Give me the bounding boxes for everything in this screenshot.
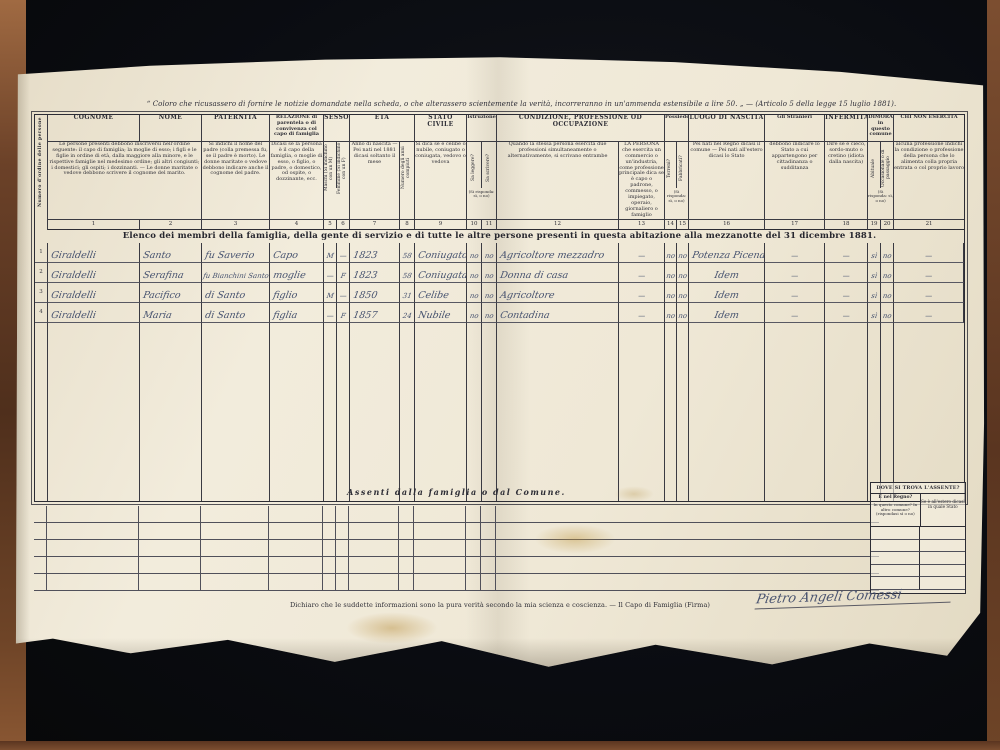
cell-femmine: — xyxy=(337,243,350,263)
cell-anno: 1857 xyxy=(350,303,400,323)
cell-cognome: Giraldelli xyxy=(48,303,140,323)
cell-luogo: Idem xyxy=(689,263,765,283)
cell-cognome: Giraldelli xyxy=(48,243,140,263)
assenti-empty-row xyxy=(34,540,879,557)
colnum: 19 xyxy=(868,220,881,230)
cell-la-persona: — xyxy=(619,303,665,323)
cell-maschi: M xyxy=(324,283,337,303)
colnum: 17 xyxy=(765,220,825,230)
cell-terreni: no xyxy=(665,263,677,283)
cell-professione: Agricoltore xyxy=(497,283,619,303)
cell-femmine: F xyxy=(337,303,350,323)
cell-stranieri: — xyxy=(765,243,825,263)
col-header-sesso: SESSO xyxy=(324,115,350,142)
desc-luogo-nascita: Pei nati nel Regno dicasi il comune — Pe… xyxy=(689,142,765,220)
desc-anni-compiuti: Numero degli anni compiuti xyxy=(400,142,415,220)
col-header-infermita: INFERMITÀ xyxy=(825,115,868,142)
colnum: 10 xyxy=(467,220,482,230)
cell-infermita: — xyxy=(825,303,868,323)
cell-la-persona: — xyxy=(619,283,665,303)
list-subtitle-row: Elenco dei membri della famiglia, della … xyxy=(35,230,964,243)
desc-chi-non-esercita: alcuna professione indichi la condizione… xyxy=(894,142,964,220)
col-header-chi-non-esercita: CHI NON ESERCITA xyxy=(894,115,964,142)
table-row: 2 Giraldelli Serafina fu Bianchini Santo… xyxy=(35,263,964,283)
desc-maschi: Maschi (Si indichino con un M) xyxy=(325,142,335,194)
colnum: 9 xyxy=(415,220,467,230)
cell-stato: Coniugata xyxy=(415,263,467,283)
col-header-paternita: PATERNITÀ xyxy=(202,115,270,142)
cell-dimora-abituale: sì xyxy=(868,263,881,283)
side-label: Numero d'ordine delle persone xyxy=(38,117,43,207)
cell-scrive: no xyxy=(482,263,497,283)
dove-empty-row xyxy=(871,527,965,540)
col-header-condizione: CONDIZIONE, PROFESSIONE OD OCCUPAZIONE xyxy=(497,115,665,142)
dove-si-trova-box: DOVE SI TROVA L'ASSENTE? È nel Regno? In… xyxy=(870,482,966,594)
colnum: 14 xyxy=(665,220,677,230)
cell-terreni: no xyxy=(665,303,677,323)
cell-stato: Nubile xyxy=(415,303,467,323)
cell-scrive: no xyxy=(482,283,497,303)
assenti-grid xyxy=(34,506,879,591)
colnum: 5 xyxy=(324,220,337,230)
desc-la-persona-13: LA PERSONA che esercita un commercio o u… xyxy=(619,142,665,220)
row-number: 4 xyxy=(35,303,48,323)
colnum: 4 xyxy=(270,220,324,230)
cell-la-persona: — xyxy=(619,263,665,283)
cell-dimora-occasionale: no xyxy=(881,283,894,303)
table-row: 1 Giraldelli Santo fu Saverio Capo M — 1… xyxy=(35,243,964,263)
assenti-empty-row xyxy=(34,506,879,523)
cell-luogo: Idem xyxy=(689,303,765,323)
desc-istruzione: Sa leggere? Sa scrivere? (Si risponda: s… xyxy=(467,142,497,220)
empty-rows-area xyxy=(35,323,964,501)
assenti-empty-row xyxy=(34,574,879,591)
colnum: 6 xyxy=(337,220,350,230)
assenti-empty-row xyxy=(34,557,879,574)
cell-legge: no xyxy=(467,283,482,303)
cell-relazione: figlio xyxy=(270,283,324,303)
col-header-nome: NOME xyxy=(140,115,202,142)
dove-estero-col: Se è all'estero dicasi in quale Stato xyxy=(921,494,965,526)
assenti-section-title: Assenti dalla famiglia o dal Comune. xyxy=(34,487,879,497)
col-header-stranieri: Gli Stranieri xyxy=(765,115,825,142)
desc-fabbricati: Fabbricati? xyxy=(680,142,685,194)
row-number: 1 xyxy=(35,243,48,263)
col-header-relazione: RELAZIONE di parentela o di convivenza c… xyxy=(270,115,324,142)
paper-curl-shadow xyxy=(14,638,986,668)
cell-la-persona: — xyxy=(619,243,665,263)
cell-luogo: Potenza Picena xyxy=(689,243,765,263)
dove-empty-row xyxy=(871,565,965,578)
paper-stain xyxy=(534,524,616,554)
cell-stranieri: — xyxy=(765,283,825,303)
colnum: 16 xyxy=(689,220,765,230)
cell-maschi: M xyxy=(324,243,337,263)
cell-dimora-occasionale: no xyxy=(881,243,894,263)
desc-paternita: Si indichi il nome del padre (colla prem… xyxy=(202,142,270,220)
paper-stain xyxy=(614,486,654,502)
cell-cognome: Giraldelli xyxy=(48,263,140,283)
colnum: 1 xyxy=(48,220,140,230)
row-number: 2 xyxy=(35,263,48,283)
cell-professione: Donna di casa xyxy=(497,263,619,283)
cell-stranieri: — xyxy=(765,263,825,283)
photo-background: { "colors": {"background":"#0a0c11","woo… xyxy=(0,0,1000,750)
dove-box-header: È nel Regno? In questo comune? In altro … xyxy=(871,494,965,527)
cell-professione: Contadina xyxy=(497,303,619,323)
cell-scrive: no xyxy=(482,303,497,323)
colnum: 18 xyxy=(825,220,868,230)
cell-nome: Santo xyxy=(140,243,202,263)
cell-relazione: figlia xyxy=(270,303,324,323)
desc-sa-leggere: Sa leggere? xyxy=(472,142,477,194)
header-title-row: Numero d'ordine delle persone COGNOME NO… xyxy=(35,115,964,142)
cell-anno: 1850 xyxy=(350,283,400,303)
col-header-possiede: Possiede xyxy=(665,115,689,142)
col-header-stato-civile: STATO CIVILE xyxy=(415,115,467,142)
census-sheet: “ Coloro che ricusassero di fornire le n… xyxy=(14,56,986,668)
colnum: 8 xyxy=(400,220,415,230)
cell-nome: Maria xyxy=(140,303,202,323)
cell-anno: 1823 xyxy=(350,243,400,263)
cell-infermita: — xyxy=(825,263,868,283)
desc-abituale: Abituale xyxy=(872,142,877,194)
cell-stato: Coniugato xyxy=(415,243,467,263)
header-desc-row: Le persone presenti debbono inscriversi … xyxy=(35,142,964,220)
cell-anni: 31 xyxy=(400,283,415,303)
dove-empty-row xyxy=(871,552,965,565)
cell-paternita: di Santo xyxy=(202,283,270,303)
cell-anno: 1823 xyxy=(350,263,400,283)
desc-sesso: Maschi (Si indichino con un M) Femmine (… xyxy=(324,142,350,220)
cell-chi: — xyxy=(894,243,964,263)
cell-paternita: fu Saverio xyxy=(202,243,270,263)
cell-infermita: — xyxy=(825,283,868,303)
cell-dimora-abituale: sì xyxy=(868,243,881,263)
cell-relazione: moglie xyxy=(270,263,324,283)
colnum: 15 xyxy=(677,220,689,230)
desc-dimora: Abituale Occasionale o di passaggio (Si … xyxy=(868,142,894,220)
col-header-luogo-nascita: LUOGO DI NASCITA xyxy=(689,115,765,142)
desc-anno-nascita: Anno di nascita — Pei nati nel 1881 dica… xyxy=(350,142,400,220)
cell-paternita: fu Bianchini Santo xyxy=(202,263,270,283)
cell-anni: 58 xyxy=(400,263,415,283)
cell-chi: — xyxy=(894,263,964,283)
cell-dimora-abituale: sì xyxy=(868,283,881,303)
cell-dimora-occasionale: no xyxy=(881,303,894,323)
cell-scrive: no xyxy=(482,243,497,263)
desc-stato-civile: Si dica se è celibe o nubile, coniugato … xyxy=(415,142,467,220)
cell-terreni: no xyxy=(665,243,677,263)
cell-fabbricati: no xyxy=(677,263,689,283)
colnum: 20 xyxy=(881,220,894,230)
col-header-dimora: DIMORA in questo comune xyxy=(868,115,894,142)
colnum: 2 xyxy=(140,220,202,230)
census-table-wrap: Numero d'ordine delle persone COGNOME NO… xyxy=(34,114,965,502)
dove-box-title: DOVE SI TROVA L'ASSENTE? xyxy=(871,483,965,494)
cell-dimora-abituale: sì xyxy=(868,303,881,323)
cell-legge: no xyxy=(467,243,482,263)
cell-luogo: Idem xyxy=(689,283,765,303)
desc-condizione-12: Quando la stessa persona esercita due pr… xyxy=(497,142,619,220)
desc-possiede: Terreni? Fabbricati? (Si risponda: sì, o… xyxy=(665,142,689,220)
assenti-empty-row xyxy=(34,523,879,540)
cell-infermita: — xyxy=(825,243,868,263)
penalty-note: “ Coloro che ricusassero di fornire le n… xyxy=(109,100,934,108)
table-row: 3 Giraldelli Pacifico di Santo figlio M … xyxy=(35,283,964,303)
col-header-eta: ETÀ xyxy=(350,115,415,142)
col-header-cognome: COGNOME xyxy=(48,115,140,142)
desc-femmine: Femmine (Si indichino con un F) xyxy=(338,142,348,194)
cell-chi: — xyxy=(894,283,964,303)
cell-terreni: no xyxy=(665,283,677,303)
colnum: 3 xyxy=(202,220,270,230)
cell-anni: 24 xyxy=(400,303,415,323)
cell-fabbricati: no xyxy=(677,243,689,263)
dove-empty-row xyxy=(871,540,965,553)
cell-fabbricati: no xyxy=(677,303,689,323)
header-number-row: 1 2 3 4 5 6 7 8 9 10 11 12 13 14 15 16 1… xyxy=(35,220,964,230)
cell-nome: Serafina xyxy=(140,263,202,283)
desc-cognome: Le persone presenti debbono inscriversi … xyxy=(48,142,202,220)
cell-cognome: Giraldelli xyxy=(48,283,140,303)
cell-nome: Pacifico xyxy=(140,283,202,303)
cell-maschi: — xyxy=(324,303,337,323)
colnum: 21 xyxy=(894,220,964,230)
row-number: 3 xyxy=(35,283,48,303)
cell-femmine: F xyxy=(337,263,350,283)
cell-legge: no xyxy=(467,303,482,323)
wood-table-edge-right xyxy=(987,0,1000,750)
list-subtitle: Elenco dei membri della famiglia, della … xyxy=(35,230,964,243)
cell-femmine: — xyxy=(337,283,350,303)
table-row: 4 Giraldelli Maria di Santo figlia — F 1… xyxy=(35,303,964,323)
cell-professione: Agricoltore mezzadro xyxy=(497,243,619,263)
census-table: Numero d'ordine delle persone COGNOME NO… xyxy=(34,114,965,502)
desc-occasionale: Occasionale o di passaggio xyxy=(882,142,892,194)
cell-anni: 58 xyxy=(400,243,415,263)
cell-maschi: — xyxy=(324,263,337,283)
cell-chi: — xyxy=(894,303,964,323)
desc-relazione: Dicasi se la persona è il capo della fam… xyxy=(270,142,324,220)
cell-legge: no xyxy=(467,263,482,283)
desc-stranieri: debbono indicare lo Stato a cui apparten… xyxy=(765,142,825,220)
colnum: 7 xyxy=(350,220,400,230)
colnum: 11 xyxy=(482,220,497,230)
wood-table-edge-bottom xyxy=(0,741,1000,750)
cell-fabbricati: no xyxy=(677,283,689,303)
cell-paternita: di Santo xyxy=(202,303,270,323)
col-header-istruzione: Istruzione xyxy=(467,115,497,142)
cell-dimora-occasionale: no xyxy=(881,263,894,283)
colnum: 12 xyxy=(497,220,619,230)
colnum: 13 xyxy=(619,220,665,230)
desc-sa-scrivere: Sa scrivere? xyxy=(487,142,492,194)
cell-stranieri: — xyxy=(765,303,825,323)
cell-stato: Celibe xyxy=(415,283,467,303)
dove-regno-col: È nel Regno? In questo comune? In altro … xyxy=(871,494,921,526)
desc-terreni: Terreni? xyxy=(668,142,673,194)
desc-infermita: Dire se è cieco, sordo-muto o cretino (i… xyxy=(825,142,868,220)
cell-relazione: Capo xyxy=(270,243,324,263)
